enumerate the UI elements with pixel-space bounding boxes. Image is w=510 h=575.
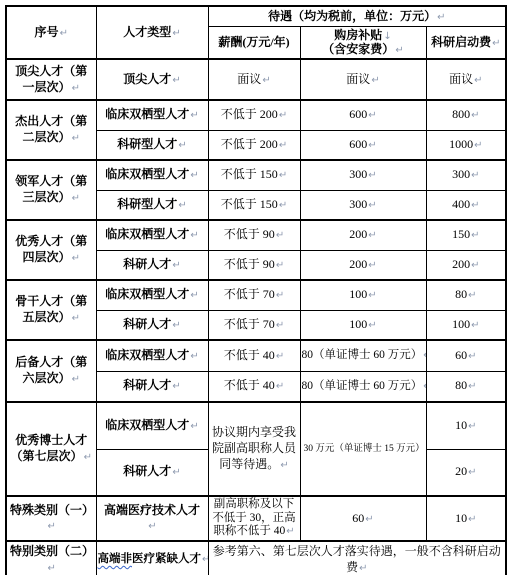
housing-cell: 60↵ — [300, 496, 426, 541]
salary-value: 不低于 40 — [224, 348, 275, 362]
talent-type-cell: 高端非医疗紧缺人才↵ — [96, 541, 208, 575]
return-mark-icon: ↵ — [367, 110, 376, 121]
salary-cell: 不低于 200↵ — [208, 100, 300, 130]
talent-type-label: 临床双栖型人才 — [105, 287, 189, 301]
tier-cell: 领军人才（第三层次）↵ — [6, 160, 96, 220]
salary-cell: 不低于 90↵ — [208, 250, 300, 280]
housing-value: 600 — [349, 107, 367, 121]
return-mark-icon: ↵ — [275, 260, 284, 271]
return-mark-icon: ↵ — [367, 290, 376, 301]
return-mark-icon: ↵ — [171, 381, 180, 392]
header-talent-type: 人才类型↵ — [96, 6, 208, 59]
return-mark-icon: ↵ — [171, 28, 180, 39]
return-mark-icon: ↵ — [275, 320, 284, 331]
header-serial-number: 序号↵ — [6, 6, 96, 59]
return-mark-icon: ↵ — [436, 12, 445, 23]
housing-value: 80（单证博士 60 万元） — [302, 349, 423, 361]
talent-type-label: 科研人才 — [123, 464, 171, 478]
housing-value: 100 — [349, 317, 367, 331]
salary-value: 副高职称及以下不低于 30，正高职称不低于 40 — [212, 498, 295, 537]
research-value: 60 — [455, 348, 467, 362]
return-mark-icon: ↵ — [470, 200, 479, 211]
tier-label: 特殊类别（一） — [10, 503, 94, 517]
research-value: 400 — [452, 197, 470, 211]
housing-value: 300 — [349, 167, 367, 181]
housing-cell: 600↵ — [300, 100, 426, 130]
return-mark-icon: ↵ — [467, 381, 476, 392]
return-mark-icon: ↵ — [467, 421, 476, 432]
talent-type-label: 科研人才 — [123, 257, 171, 271]
salary-cell: 副高职称及以下不低于 30，正高职称不低于 40↵ — [208, 496, 300, 541]
research-cell: 面议↵ — [426, 59, 506, 100]
talent-type-cell: 科研人才↵ — [96, 310, 208, 340]
return-mark-icon: ↵ — [261, 75, 270, 86]
tier-label: 特别类别（二） — [10, 544, 94, 558]
salary-value: 不低于 40 — [224, 378, 275, 392]
return-mark-icon: ↵ — [275, 230, 284, 241]
salary-value: 不低于 200 — [221, 107, 278, 121]
research-value: 面议 — [449, 72, 473, 86]
return-mark-icon: ↵ — [470, 260, 479, 271]
research-cell: 150↵ — [426, 220, 506, 250]
talent-type-label: 科研人才 — [123, 317, 171, 331]
return-mark-icon: ↵ — [367, 140, 376, 151]
return-mark-icon: ↵ — [171, 260, 180, 271]
housing-cell: 300↵ — [300, 160, 426, 190]
return-mark-icon: ↵ — [71, 253, 80, 264]
housing-value: 200 — [349, 227, 367, 241]
header-housing-subsidy: 购房补贴↓（含安家费）↵ — [300, 26, 426, 59]
research-value: 150 — [452, 227, 470, 241]
talent-type-cell: 科研型人才↵ — [96, 130, 208, 160]
talent-type-cell: 临床双栖型人才↵ — [96, 402, 208, 449]
research-cell: 80↵ — [426, 371, 506, 402]
tier-cell: 杰出人才（第二层次）↵ — [6, 100, 96, 160]
talent-type-label: 临床双栖型人才 — [105, 227, 189, 241]
return-mark-icon: ↵ — [470, 320, 479, 331]
talent-type-label: 医疗紧缺人才 — [132, 553, 201, 565]
research-cell: 300↵ — [426, 160, 506, 190]
return-mark-icon: ↵ — [278, 200, 287, 211]
salary-cell-merged: 协议期内享受我院副高职称人员同等待遇。↵ — [208, 402, 300, 496]
talent-type-label: 临床双栖型人才 — [105, 167, 189, 181]
research-value: 100 — [452, 317, 470, 331]
salary-cell: 不低于 200↵ — [208, 130, 300, 160]
tier-cell: 特别类别（二）↵ — [6, 541, 96, 575]
return-mark-icon: ↵ — [470, 110, 479, 121]
research-cell: 20↵ — [426, 449, 506, 496]
housing-cell: 200↵ — [300, 220, 426, 250]
salary-value: 不低于 90 — [224, 257, 275, 271]
return-mark-icon: ↵ — [394, 45, 403, 56]
research-cell: 10↵ — [426, 402, 506, 449]
housing-value: 600 — [349, 137, 367, 151]
housing-value: 300 — [349, 197, 367, 211]
return-mark-icon: ↵ — [47, 563, 56, 574]
return-mark-icon: ↵ — [278, 140, 287, 151]
return-mark-icon: ↵ — [470, 230, 479, 241]
talent-type-cell: 临床双栖型人才↵ — [96, 220, 208, 250]
header-treatment-group: 待遇（均为税前，单位：万元）↵ — [208, 6, 506, 26]
research-cell: 1000↵ — [426, 130, 506, 160]
talent-type-cell: 科研人才↵ — [96, 449, 208, 496]
header-salary: 薪酬(万元/年) — [208, 26, 300, 59]
tier-cell: 后备人才（第六层次）↵ — [6, 340, 96, 402]
salary-value: 面议 — [237, 72, 261, 86]
housing-cell: 200↵ — [300, 250, 426, 280]
research-cell: 100↵ — [426, 310, 506, 340]
return-mark-icon: ↵ — [71, 133, 80, 144]
research-value: 800 — [452, 107, 470, 121]
return-mark-icon: ↵ — [473, 75, 482, 86]
research-cell: 200↵ — [426, 250, 506, 280]
salary-value: 不低于 70 — [224, 317, 275, 331]
return-mark-icon: ↵ — [470, 170, 479, 181]
return-mark-icon: ↵ — [467, 467, 476, 478]
research-value: 10 — [455, 511, 467, 525]
talent-type-label: 高端医疗技术人才 — [104, 503, 200, 517]
header-salary-label: 薪酬(万元/年) — [218, 35, 289, 49]
return-mark-icon: ↵ — [278, 170, 287, 181]
talent-type-label: 顶尖人才 — [123, 72, 171, 86]
return-mark-icon: ↵ — [71, 374, 80, 385]
return-mark-icon: ↵ — [491, 38, 500, 49]
return-mark-icon: ↵ — [71, 193, 80, 204]
talent-compensation-table: 序号↵ 人才类型↵ 待遇（均为税前，单位：万元）↵ 薪酬(万元/年) 购房补贴↓… — [5, 5, 507, 575]
research-value: 80 — [455, 378, 467, 392]
salary-cell: 不低于 70↵ — [208, 280, 300, 310]
housing-cell-merged: 30 万元（单证博士 15 万元）↵ — [300, 402, 426, 496]
salary-cell: 不低于 150↵ — [208, 190, 300, 220]
header-talent-type-label: 人才类型 — [123, 25, 171, 39]
research-value: 200 — [452, 257, 470, 271]
return-mark-icon: ↵ — [275, 290, 284, 301]
salary-cell: 不低于 150↵ — [208, 160, 300, 190]
talent-type-label: 临床双栖型人才 — [105, 348, 189, 362]
return-mark-icon: ↵ — [71, 83, 80, 94]
salary-cell: 不低于 70↵ — [208, 310, 300, 340]
housing-cell: 600↵ — [300, 130, 426, 160]
header-housing-line2: （含安家费） — [322, 42, 394, 56]
return-mark-icon: ↵ — [367, 170, 376, 181]
talent-type-cell: 科研人才↵ — [96, 250, 208, 280]
salary-cell: 面议↵ — [208, 59, 300, 100]
header-serial-number-label: 序号 — [35, 25, 59, 39]
housing-cell: 100↵ — [300, 280, 426, 310]
talent-type-cell: 科研人才↵ — [96, 371, 208, 402]
return-mark-icon: ↵ — [364, 514, 373, 525]
research-value: 20 — [455, 464, 467, 478]
header-research-fund: 科研启动费↵ — [426, 26, 506, 59]
return-mark-icon: ↵ — [367, 230, 376, 241]
talent-type-label: 科研人才 — [123, 378, 171, 392]
return-mark-icon: ↵ — [422, 350, 426, 361]
return-mark-icon: ↵ — [358, 563, 367, 574]
return-mark-icon: ↵ — [370, 75, 379, 86]
linebreak-mark-icon: ↓ — [382, 31, 391, 42]
tier-cell: 骨干人才（第五层次）↵ — [6, 280, 96, 340]
tier-cell: 特殊类别（一）↵ — [6, 496, 96, 541]
header-treatment-label: 待遇（均为税前，单位：万元） — [268, 9, 436, 23]
salary-cell: 不低于 90↵ — [208, 220, 300, 250]
research-value: 300 — [452, 167, 470, 181]
housing-value: 100 — [349, 287, 367, 301]
return-mark-icon: ↵ — [171, 320, 180, 331]
research-cell: 60↵ — [426, 340, 506, 371]
tier-cell: 优秀博士人才（第七层次）↵ — [6, 402, 96, 496]
return-mark-icon: ↵ — [171, 467, 180, 478]
salary-value: 不低于 150 — [221, 167, 278, 181]
return-mark-icon: ↵ — [279, 460, 288, 471]
housing-value: 80（单证博士 60 万元） — [302, 380, 423, 392]
talent-type-label: 科研型人才 — [117, 197, 177, 211]
return-mark-icon: ↵ — [422, 381, 426, 392]
return-mark-icon: ↵ — [367, 200, 376, 211]
talent-type-cell: 临床双栖型人才↵ — [96, 160, 208, 190]
housing-cell: 80（单证博士 60 万元）↵ — [300, 340, 426, 371]
talent-type-cell: 临床双栖型人才↵ — [96, 100, 208, 130]
talent-type-cell: 临床双栖型人才↵ — [96, 340, 208, 371]
research-cell: 80↵ — [426, 280, 506, 310]
return-mark-icon: ↵ — [201, 554, 208, 565]
research-cell: 400↵ — [426, 190, 506, 220]
return-mark-icon: ↵ — [285, 526, 294, 537]
return-mark-icon: ↵ — [473, 140, 482, 151]
return-mark-icon: ↵ — [189, 290, 198, 301]
housing-cell: 100↵ — [300, 310, 426, 340]
housing-value: 60 — [352, 511, 364, 525]
salary-value: 不低于 90 — [224, 227, 275, 241]
tier-cell: 顶尖人才（第一层次）↵ — [6, 59, 96, 100]
housing-value: 200 — [349, 257, 367, 271]
talent-type-label: 临床双栖型人才 — [105, 418, 189, 432]
salary-cell: 不低于 40↵ — [208, 340, 300, 371]
housing-value: 面议 — [346, 72, 370, 86]
return-mark-icon: ↵ — [467, 290, 476, 301]
return-mark-icon: ↵ — [189, 421, 198, 432]
talent-type-cell: 科研型人才↵ — [96, 190, 208, 220]
return-mark-icon: ↵ — [275, 351, 284, 362]
talent-type-label: 科研型人才 — [117, 137, 177, 151]
header-research-label: 科研启动费 — [431, 35, 491, 49]
return-mark-icon: ↵ — [367, 260, 376, 271]
salary-value: 不低于 150 — [221, 197, 278, 211]
salary-value: 不低于 200 — [221, 137, 278, 151]
return-mark-icon: ↵ — [171, 75, 180, 86]
talent-type-cell: 临床双栖型人才↵ — [96, 280, 208, 310]
return-mark-icon: ↵ — [189, 230, 198, 241]
housing-cell: 面议↵ — [300, 59, 426, 100]
tier-label: 优秀博士人才（第七层次） — [11, 433, 88, 463]
research-value: 1000 — [449, 137, 473, 151]
return-mark-icon: ↵ — [467, 514, 476, 525]
salary-cell: 不低于 40↵ — [208, 371, 300, 402]
tier-cell: 优秀人才（第四层次）↵ — [6, 220, 96, 280]
return-mark-icon: ↵ — [177, 200, 186, 211]
research-value: 80 — [455, 287, 467, 301]
return-mark-icon: ↵ — [177, 140, 186, 151]
research-cell: 10↵ — [426, 496, 506, 541]
return-mark-icon: ↵ — [83, 452, 92, 463]
return-mark-icon: ↵ — [59, 28, 68, 39]
return-mark-icon: ↵ — [367, 320, 376, 331]
note-cell: 参考第六、第七层次人才落实待遇，一般不含科研启动费↵ — [208, 541, 506, 575]
research-value: 10 — [455, 418, 467, 432]
spellcheck-underline: 高端非 — [98, 553, 133, 565]
return-mark-icon: ↵ — [467, 351, 476, 362]
return-mark-icon: ↵ — [189, 351, 198, 362]
talent-type-cell: 高端医疗技术人才↵ — [96, 496, 208, 541]
return-mark-icon: ↵ — [275, 381, 284, 392]
return-mark-icon: ↵ — [147, 521, 156, 532]
return-mark-icon: ↵ — [189, 110, 198, 121]
talent-type-label: 临床双栖型人才 — [105, 107, 189, 121]
salary-value: 不低于 70 — [224, 287, 275, 301]
return-mark-icon: ↵ — [71, 313, 80, 324]
return-mark-icon: ↵ — [47, 521, 56, 532]
housing-cell: 80（单证博士 60 万元）↵ — [300, 371, 426, 402]
note-text: 参考第六、第七层次人才落实待遇，一般不含科研启动费 — [213, 544, 501, 574]
housing-cell: 300↵ — [300, 190, 426, 220]
return-mark-icon: ↵ — [278, 110, 287, 121]
talent-type-cell: 顶尖人才↵ — [96, 59, 208, 100]
return-mark-icon: ↵ — [189, 170, 198, 181]
research-cell: 800↵ — [426, 100, 506, 130]
housing-value: 30 万元（单证博士 15 万元） — [304, 444, 425, 454]
header-housing-line1: 购房补贴 — [334, 28, 382, 42]
